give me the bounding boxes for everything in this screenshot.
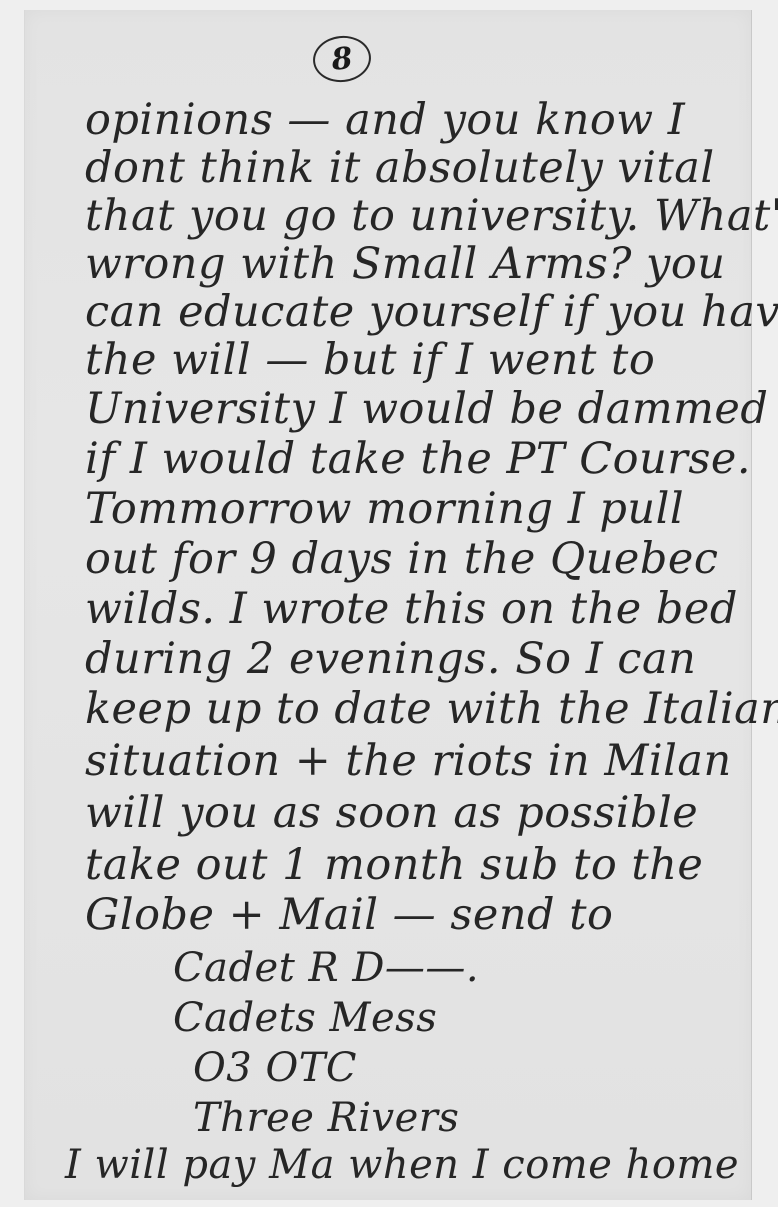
letter-line: wrong with Small Arms? you xyxy=(85,239,725,289)
address-line-mess: Cadets Mess xyxy=(173,995,437,1041)
letter-paper: 8 opinions — and you know I dont think i… xyxy=(24,10,752,1200)
address-line-unit: O3 OTC xyxy=(193,1045,357,1091)
letter-line: during 2 evenings. So I can xyxy=(85,634,696,684)
letter-line: the will — but if I went to xyxy=(85,335,655,385)
letter-line: opinions — and you know I xyxy=(85,95,685,145)
letter-line: that you go to university. What's xyxy=(85,191,778,241)
letter-line: wilds. I wrote this on the bed xyxy=(85,584,738,634)
closing-line: I will pay Ma when I come home xyxy=(65,1142,739,1188)
scanned-page: 8 opinions — and you know I dont think i… xyxy=(0,0,778,1207)
page-number: 8 xyxy=(330,41,354,78)
letter-line: can educate yourself if you have xyxy=(85,287,778,337)
page-number-circle: 8 xyxy=(311,33,373,85)
letter-line: keep up to date with the Italian xyxy=(85,684,778,734)
letter-line: Tommorrow morning I pull xyxy=(85,484,684,534)
address-line-name: Cadet R D——. xyxy=(173,945,479,991)
letter-line: take out 1 month sub to the xyxy=(85,840,703,890)
letter-line: will you as soon as possible xyxy=(85,788,698,838)
letter-line: out for 9 days in the Quebec xyxy=(85,534,718,584)
letter-line: if I would take the PT Course. xyxy=(85,434,751,484)
letter-line: dont think it absolutely vital xyxy=(85,143,715,193)
letter-line: Globe + Mail — send to xyxy=(85,890,613,940)
address-line-city: Three Rivers xyxy=(193,1095,459,1141)
letter-line: University I would be dammed xyxy=(85,384,768,434)
letter-line: situation + the riots in Milan xyxy=(85,736,732,786)
